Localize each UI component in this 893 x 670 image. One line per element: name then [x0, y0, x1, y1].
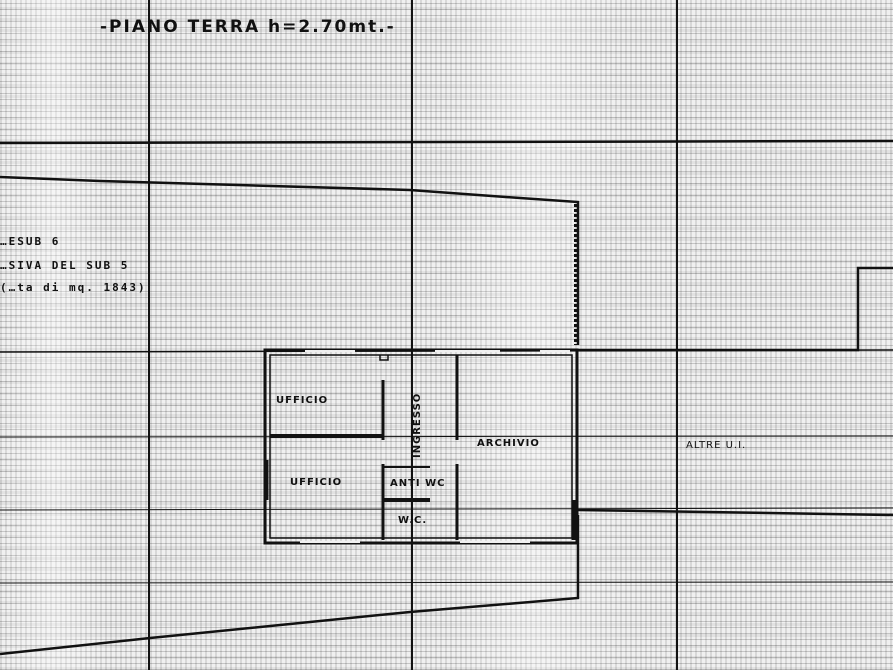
room-label-wc: W.C.	[398, 515, 427, 526]
grid-lines	[0, 0, 893, 670]
sub-note-line-2: …SIVA DEL SUB 5	[0, 259, 129, 272]
room-label-archivio: ARCHIVIO	[477, 438, 540, 449]
sub-note-line-3: (…ta di mq. 1843)	[0, 281, 147, 294]
room-label-ufficio-top: UFFICIO	[276, 395, 328, 406]
neighbor-units-label: ALTRE U.I.	[686, 440, 746, 451]
floor-plan-drawing	[0, 0, 893, 670]
sub-note-line-1: …ESUB 6	[0, 235, 60, 248]
room-label-anti-wc: ANTI WC	[390, 478, 446, 489]
room-label-ingresso: INGRESSO	[412, 393, 423, 458]
drawing-title: -PIANO TERRA h=2.70mt.-	[100, 17, 396, 37]
room-label-ufficio-bottom: UFFICIO	[290, 477, 342, 488]
